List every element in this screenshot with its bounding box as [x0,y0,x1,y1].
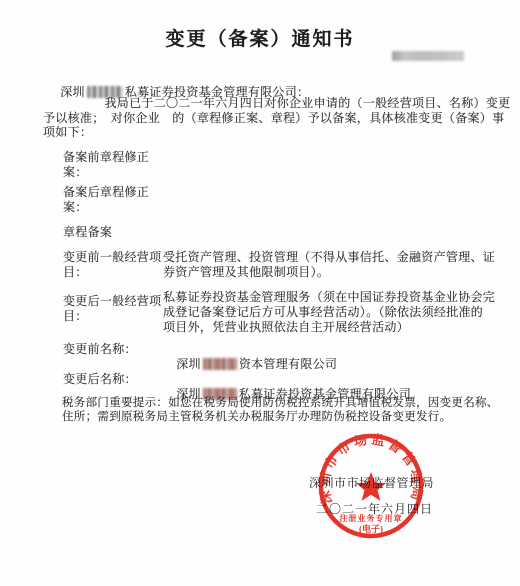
intro-paragraph: 我局已于二〇二一年六月四日对你企业申请的（一般经营项目、名称）变更 予以核准； … [43,96,517,140]
field-value-scope-before: 受托资产管理、投资管理（不得从事信托、金融资产管理、证 券资产管理及其他限制项目… [163,250,507,280]
doc-number-redaction [392,51,464,61]
name-before-prefix: 深圳 [176,357,201,371]
field-label-name-after: 变更后名称： [63,372,167,387]
name-before-redaction [203,358,237,370]
field-label-charter-filing: 章程备案 [63,225,167,240]
seal-star-icon [356,472,386,501]
page-title: 变更（备案）通知书 [0,24,520,51]
field-value-scope-after: 私募证券投资基金管理服务（须在中国证券投资基金业协会完 成登记备案登记后方可从事… [163,290,507,335]
field-label-pre-amendment: 备案前章程修正 案： [63,150,167,180]
tax-notice-paragraph: 税务部门重要提示：如您在税务局使用防伪税控系统开具增值税发票，因变更名称、 住所… [62,397,514,425]
field-label-name-before: 变更前名称： [63,342,167,357]
seal-inner-line1: 注册业务专用章 [340,513,403,523]
field-label-post-amendment: 备案后章程修正 案： [63,185,167,215]
field-label-scope-before: 变更前一般经营项 目： [63,250,167,280]
field-label-scope-after: 变更后一般经营项 目： [63,294,167,324]
official-seal: 深圳市市场监督管理局 注册业务专用章 (电子) [316,431,426,541]
seal-inner-line2: (电子) [359,523,383,534]
name-before-suffix: 资本管理有限公司 [239,357,337,371]
notice-document: 变更（备案）通知书 深圳私募证券投资基金管理有限公司： 我局已于二〇二一年六月四… [0,0,520,586]
